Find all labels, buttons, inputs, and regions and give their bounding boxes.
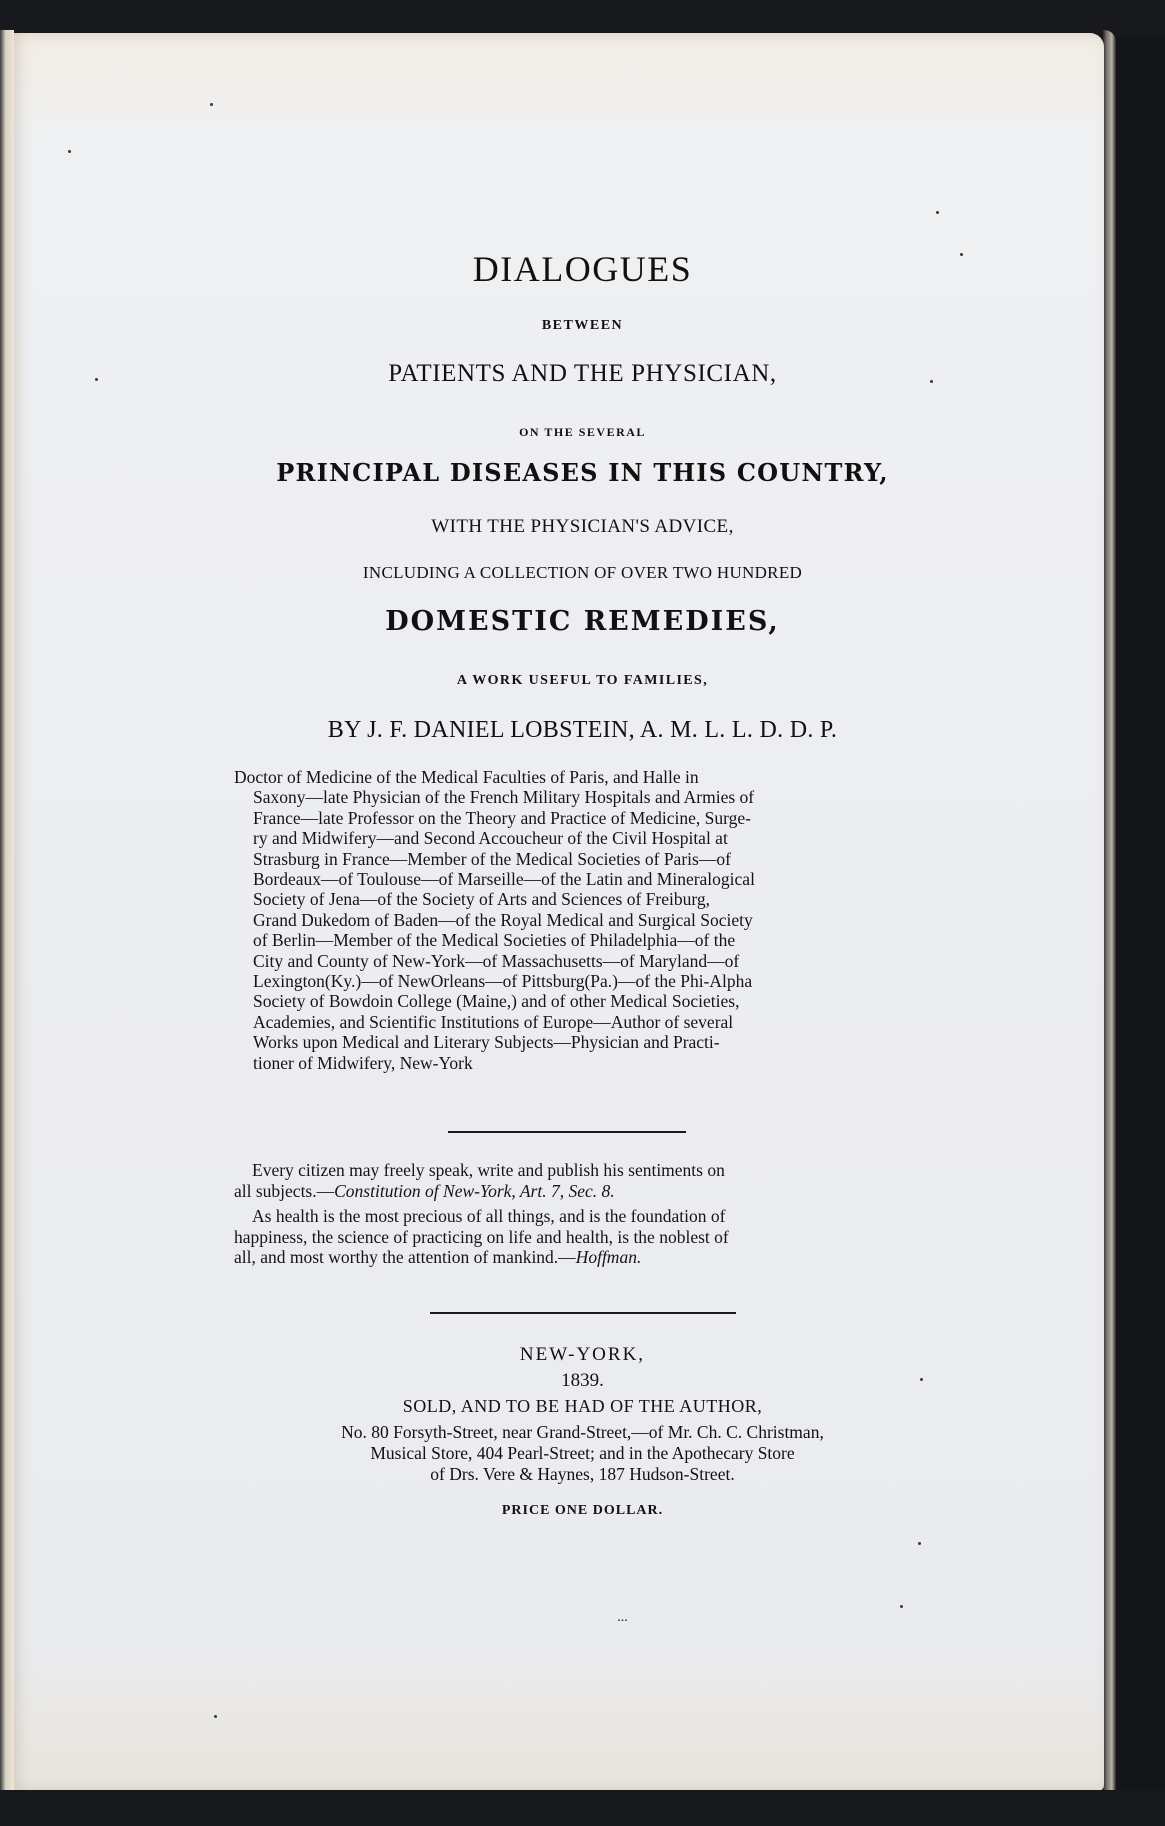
paper-speck [900,1605,903,1608]
including-line: INCLUDING A COLLECTION OF OVER TWO HUNDR… [0,563,1165,583]
paper-speck [68,150,71,153]
paper-speck [930,380,933,383]
paper-speck [918,1542,921,1545]
paper-speck [95,378,98,381]
paper-speck [210,103,213,106]
price-line: PRICE ONE DOLLAR. [0,1503,1165,1519]
epigraph-line: As health is the most precious of all th… [234,1206,942,1227]
credentials-line: Academies, and Scientific Institutions o… [234,1012,942,1032]
epigraph-text: all, and most worthy the attention of ma… [234,1247,576,1267]
imprint-year: 1839. [0,1370,1165,1392]
divider-rule [430,1312,736,1314]
principal-diseases-heading: PRINCIPAL DISEASES IN THIS COUNTRY, [0,458,1165,487]
credentials-line: Society of Bowdoin College (Maine,) and … [234,991,942,1011]
book-cover-top [0,0,1165,36]
author-byline: BY J. F. DANIEL LOBSTEIN, A. M. L. L. D.… [0,717,1165,744]
credentials-line: City and County of New-York—of Massachus… [234,951,942,971]
paper-speck [936,211,939,214]
credentials-line: Doctor of Medicine of the Medical Facult… [234,767,942,787]
work-useful-line: A WORK USEFUL TO FAMILIES, [0,673,1165,689]
paper-speck [960,253,963,256]
credentials-line: Saxony—late Physician of the French Mili… [234,787,942,807]
credentials-line: France—late Professor on the Theory and … [234,808,942,828]
paper-speck [920,1378,923,1381]
epigraph-line: Every citizen may freely speak, write an… [234,1160,942,1181]
domestic-remedies-heading: DOMESTIC REMEDIES, [0,606,1165,637]
imprint-address: of Drs. Vere & Haynes, 187 Hudson-Street… [0,1464,1165,1484]
credentials-line: of Berlin—Member of the Medical Societie… [234,930,942,950]
stray-marks: ... [40,1610,1165,1626]
credentials-line: Lexington(Ky.)—of NewOrleans—of Pittsbur… [234,971,942,991]
divider-rule [448,1131,686,1133]
credentials-line: Grand Dukedom of Baden—of the Royal Medi… [234,910,942,930]
credentials-line: tioner of Midwifery, New-York [234,1053,942,1073]
imprint-sold: SOLD, AND TO BE HAD OF THE AUTHOR, [0,1396,1165,1417]
credentials-line: Bordeaux—of Toulouse—of Marseille—of the… [234,869,942,889]
epigraph-line: happiness, the science of practicing on … [234,1227,942,1248]
subtitle: PATIENTS AND THE PHYSICIAN, [0,360,1165,388]
credentials-line: Works upon Medical and Literary Subjects… [234,1032,942,1052]
book-cover-bottom [0,1790,1165,1826]
hoffman-epigraph: As health is the most precious of all th… [234,1206,942,1268]
epigraph-source: Hoffman. [576,1247,642,1267]
advice-line: WITH THE PHYSICIAN'S ADVICE, [0,516,1165,538]
on-several-text: ON THE SEVERAL [0,425,1165,440]
between-text: BETWEEN [0,318,1165,334]
imprint-address: Musical Store, 404 Pearl-Street; and in … [0,1443,1165,1463]
credentials-line: ry and Midwifery—and Second Accoucheur o… [234,828,942,848]
epigraph-text: all subjects.— [234,1181,334,1201]
epigraph-source: Constitution of New-York, Art. 7, Sec. 8… [334,1181,615,1201]
book-gutter-left [0,30,14,1800]
constitution-epigraph: Every citizen may freely speak, write an… [234,1160,942,1201]
page-edge-right [1102,30,1116,1795]
credentials-line: Society of Jena—of the Society of Arts a… [234,889,942,909]
epigraph-line: all, and most worthy the attention of ma… [234,1247,942,1268]
author-credentials: Doctor of Medicine of the Medical Facult… [234,767,942,1073]
paper-speck [214,1715,217,1718]
imprint-address: No. 80 Forsyth-Street, near Grand-Street… [0,1422,1165,1442]
imprint-place: NEW-YORK, [0,1344,1165,1366]
book-title: DIALOGUES [0,248,1165,290]
credentials-line: Strasburg in France—Member of the Medica… [234,849,942,869]
epigraph-line: all subjects.—Constitution of New-York, … [234,1181,942,1202]
